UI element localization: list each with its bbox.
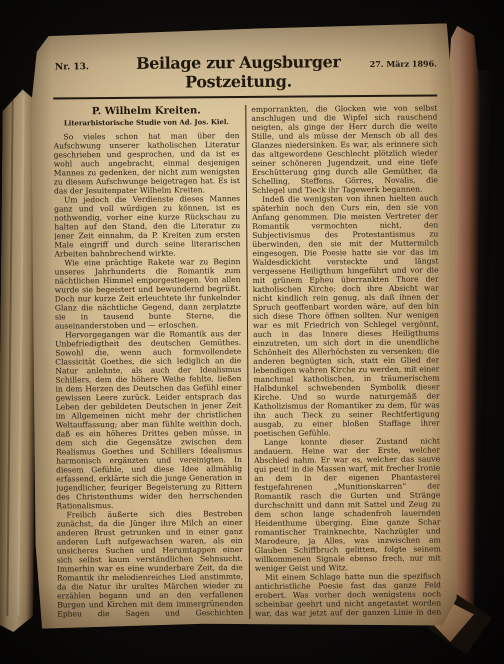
newspaper-page: Nr. 13. Beilage zur Augsburger Postzeitu… <box>31 23 458 628</box>
masthead-rule <box>53 94 437 99</box>
article-subtitle: Literarhistorische Studie von Ad. Jos. K… <box>53 118 239 128</box>
article-body: So vieles schon hat man über den Aufschw… <box>53 103 441 620</box>
article-title: P. Wilhelm Kreiten. <box>53 106 239 116</box>
photo-background: Nr. 13. Beilage zur Augsburger Postzeitu… <box>0 0 504 664</box>
masthead-title: Beilage zur Augsburger Postzeitung. <box>113 52 364 92</box>
article-paragraph: So vieles schon hat man über den Aufschw… <box>53 131 239 195</box>
article-paragraph: Indeß die wenigsten von ihnen hielten au… <box>252 193 440 437</box>
article-paragraph: Wie eine prächtige Rakete war zu Beginn … <box>54 257 241 330</box>
masthead-date: 27. März 1896. <box>364 58 437 69</box>
masthead-issue-number: Nr. 13. <box>55 62 113 72</box>
page-stack-highlight-line <box>17 95 24 616</box>
article-paragraph: Lange konnte dieser Zustand nicht andaue… <box>254 436 441 572</box>
article-columns: P. Wilhelm Kreiten. Literarhistorische S… <box>53 103 441 620</box>
article-paragraph: Um jedoch die Verdienste dieses Mannes g… <box>54 194 240 258</box>
page-stack-shadow-line <box>6 100 13 615</box>
article-paragraph: Hervorgegangen war die Romantik aus der … <box>55 329 242 510</box>
masthead: Nr. 13. Beilage zur Augsburger Postzeitu… <box>31 23 454 92</box>
